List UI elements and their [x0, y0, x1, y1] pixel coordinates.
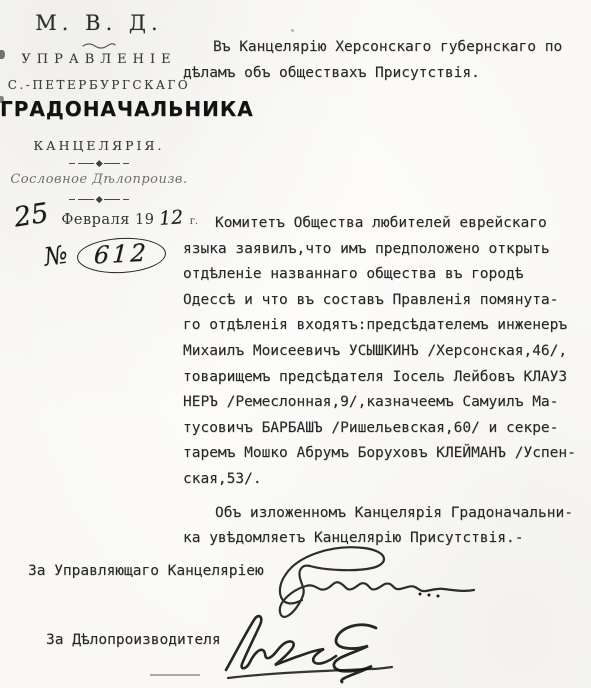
body-line: товарищемъ предсѣдателя Іосель Лейбовъ К… — [183, 365, 589, 391]
printed-month-and-century: Февраля 19 — [61, 212, 154, 228]
body-line: ская,53/. — [183, 467, 589, 493]
letter-body: Комитетъ Общества любителей еврейскаго я… — [183, 211, 589, 552]
body-line: отдѣленіе названнаго общества въ городѣ — [183, 262, 589, 288]
signoff-label-clerk: За Дѣлопроизводителя — [46, 632, 221, 648]
circled-number-oval: 612 — [76, 236, 167, 276]
handwritten-year: 12 — [158, 206, 184, 230]
date-line: 25 Февраля 19 12 г. — [14, 200, 204, 231]
body-line: тусовичъ БАРБАШЪ /Ришельевская,60/ и сек… — [183, 416, 589, 442]
document-number: № 612 — [44, 238, 165, 273]
handwritten-number-value: 612 — [93, 239, 149, 270]
letterhead-org-line1: УПРАВЛЕНІЕ — [0, 52, 198, 67]
scan-speck — [291, 29, 294, 32]
body-line: го отдѣленія входятъ:предсѣдателемъ инже… — [183, 313, 589, 339]
letterhead-org-line4: КАНЦЕЛЯРІЯ. — [0, 138, 198, 153]
body-line: Михаилъ Моисеевичъ УСЫШКИНЪ /Херсонская,… — [183, 339, 589, 365]
scan-speck — [0, 50, 5, 59]
body-line: таремъ Мошко Абрумъ Боруховъ КЛЕЙМАНЪ /У… — [183, 441, 589, 467]
letterhead-org-line2: С.-ПЕТЕРБУРГСКАГО — [0, 78, 198, 92]
body-line: Комитетъ Общества любителей еврейскаго — [183, 211, 589, 237]
body-line: НЕРЪ /Ремеслонная,9/,казначеемъ Самуилъ … — [183, 390, 589, 416]
handwritten-day: 25 — [12, 198, 51, 234]
body-line: языка заявилъ,что имъ предположено откры… — [183, 237, 589, 263]
recipient-address: Въ Канцелярію Херсонскаго губернскаго по… — [183, 34, 587, 86]
scan-speck — [0, 96, 4, 103]
numero-sign: № — [42, 239, 69, 271]
body-line: Одессѣ и что въ составъ Правленія помяну… — [183, 288, 589, 314]
letterhead-flourish-ornament — [81, 41, 117, 49]
signoff-label-manager: За Управляющаго Канцеляріею — [28, 563, 264, 579]
letterhead-org-line3: ГРАДОНАЧАЛЬНИКА — [0, 97, 198, 121]
divider-ornament — [0, 161, 198, 166]
scanned-letter-page: М. В. Д. УПРАВЛЕНІЕ С.-ПЕТЕРБУРГСКАГО ГР… — [0, 0, 591, 688]
address-line: Въ Канцелярію Херсонскаго губернскаго по — [183, 34, 587, 60]
handwritten-signature-clerk — [220, 612, 410, 687]
address-line: дѣламъ объ обществахъ Присутствія. — [183, 60, 587, 86]
faint-pen-dash — [150, 674, 200, 676]
letterhead-department-line: Сословное Дѣлопроизв. — [0, 172, 198, 187]
body-line: Объ изложенномъ Канцелярія Градоначальни… — [183, 501, 589, 527]
letterhead-ministry-abbr: М. В. Д. — [0, 11, 198, 35]
